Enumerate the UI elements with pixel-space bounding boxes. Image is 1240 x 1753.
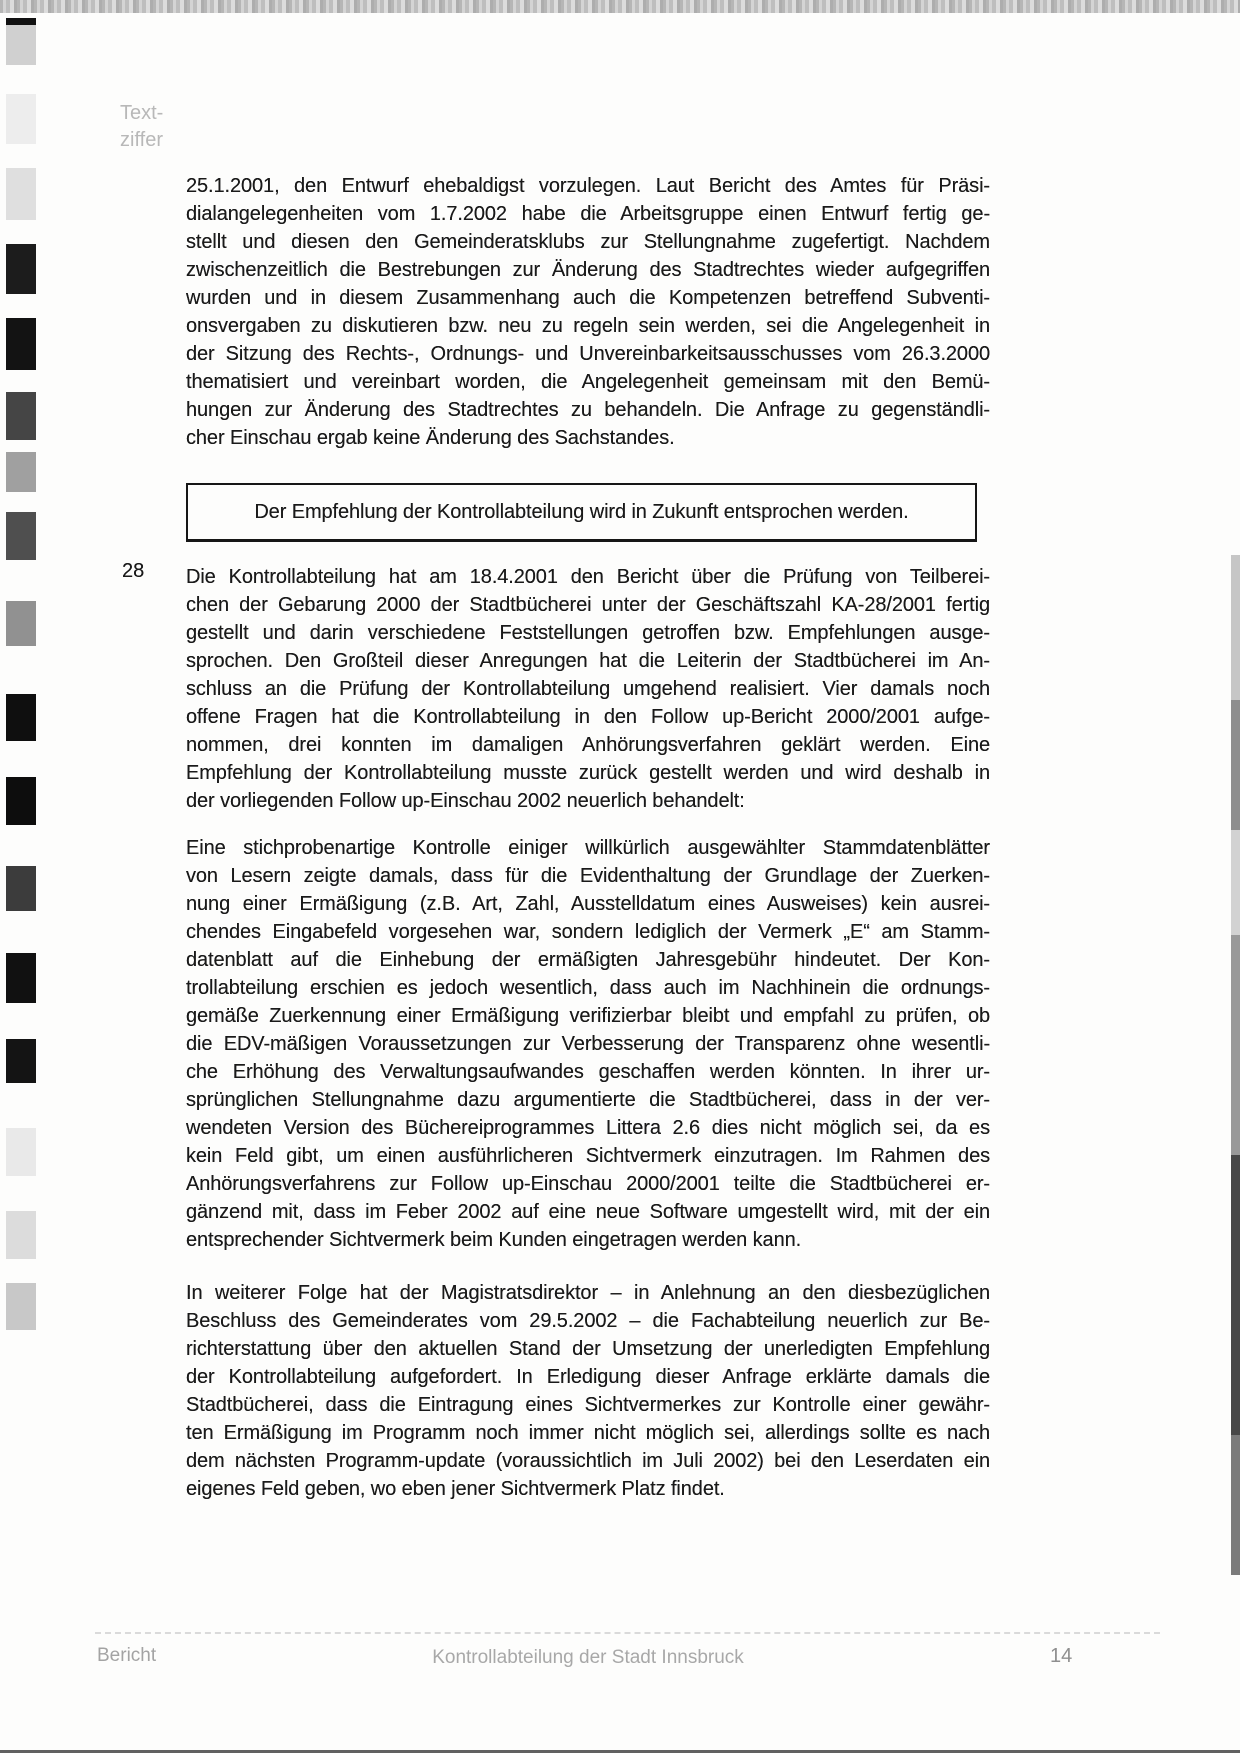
- text-line: kein Feld gibt, um einen ausführlicheren…: [186, 1142, 990, 1170]
- text-line: Anhörungsverfahrens zur Follow up-Einsch…: [186, 1170, 990, 1198]
- text-line: datenblatt auf die Einhebung der ermäßig…: [186, 946, 990, 974]
- recommendation-box: Der Empfehlung der Kontrollabteilung wir…: [186, 483, 977, 542]
- text-line: nommen, drei konnten im damaligen Anhöru…: [186, 731, 990, 759]
- binding-mark: [6, 244, 36, 294]
- binding-mark: [6, 1039, 36, 1083]
- footer-organization: Kontrollabteilung der Stadt Innsbruck: [186, 1647, 990, 1669]
- text-line: che Erhöhung des Verwaltungsaufwandes ge…: [186, 1058, 990, 1086]
- margin-heading-textziffer: Text- ziffer: [120, 100, 163, 154]
- scanned-report-page: Text- ziffer 25.1.2001, den Entwurf eheb…: [0, 0, 1240, 1753]
- edge-strip-segment: [1231, 1155, 1240, 1435]
- binding-mark: [6, 1211, 36, 1259]
- text-line: die EDV-mäßigen Voraussetzungen zur Verb…: [186, 1030, 990, 1058]
- edge-strip-segment: [1231, 830, 1240, 935]
- text-line: dialangelegenheiten vom 1.7.2002 habe di…: [186, 200, 990, 228]
- binding-mark: [6, 94, 36, 144]
- text-line: stellt und diesen den Gemeinderatsklubs …: [186, 228, 990, 256]
- margin-heading-line2: ziffer: [120, 127, 163, 154]
- text-line: thematisiert und vereinbart worden, die …: [186, 368, 990, 396]
- binding-mark: [6, 1283, 36, 1330]
- recommendation-text: Der Empfehlung der Kontrollabteilung wir…: [254, 501, 908, 524]
- footer-rule: [95, 1632, 1160, 1634]
- binding-mark: [6, 512, 36, 560]
- text-line: Stadtbücherei, dass die Eintragung eines…: [186, 1391, 990, 1419]
- text-line: der vorliegenden Follow up-Einschau 2002…: [186, 787, 990, 815]
- margin-heading-line1: Text-: [120, 100, 163, 127]
- text-line: onsvergaben zu diskutieren bzw. neu zu r…: [186, 312, 990, 340]
- edge-strip-segment: [1231, 700, 1240, 830]
- text-line: richterstattung über den aktuellen Stand…: [186, 1335, 990, 1363]
- binding-mark: [6, 953, 36, 1003]
- binding-mark: [6, 392, 36, 440]
- text-line: sprünglichen Stellungnahme dazu argument…: [186, 1086, 990, 1114]
- text-line: der Sitzung des Rechts-, Ordnungs- und U…: [186, 340, 990, 368]
- binding-mark: [6, 452, 36, 492]
- text-line: entsprechender Sichtvermerk beim Kunden …: [186, 1226, 990, 1254]
- text-line: schluss an die Prüfung der Kontrollabtei…: [186, 675, 990, 703]
- binding-mark: [6, 168, 36, 220]
- footer-document-type: Bericht: [97, 1645, 156, 1667]
- paragraph-intro: 25.1.2001, den Entwurf ehebaldigst vorzu…: [186, 172, 990, 452]
- binding-mark: [6, 1128, 36, 1176]
- text-line: wendeten Version des Büchereiprogrammes …: [186, 1114, 990, 1142]
- text-line: chen der Gebarung 2000 der Stadtbücherei…: [186, 591, 990, 619]
- text-line: eigenes Feld geben, wo eben jener Sichtv…: [186, 1475, 990, 1503]
- binding-marks: [0, 0, 40, 1753]
- text-line: gemäße Zuerkennung einer Ermäßigung veri…: [186, 1002, 990, 1030]
- text-line: offene Fragen hat die Kontrollabteilung …: [186, 703, 990, 731]
- text-line: wurden und in diesem Zusammenhang auch d…: [186, 284, 990, 312]
- text-line: ten Ermäßigung im Programm noch immer ni…: [186, 1419, 990, 1447]
- text-line: sprochen. Den Großteil dieser Anregungen…: [186, 647, 990, 675]
- text-line: hungen zur Änderung des Stadtrechtes zu …: [186, 396, 990, 424]
- paragraph-item28: Die Kontrollabteilung hat am 18.4.2001 d…: [186, 563, 990, 815]
- binding-mark: [6, 866, 36, 911]
- binding-mark: [6, 694, 36, 741]
- text-line: nung einer Ermäßigung (z.B. Art, Zahl, A…: [186, 890, 990, 918]
- text-line: Eine stichprobenartige Kontrolle einiger…: [186, 834, 990, 862]
- text-line: Die Kontrollabteilung hat am 18.4.2001 d…: [186, 563, 990, 591]
- text-line: 25.1.2001, den Entwurf ehebaldigst vorzu…: [186, 172, 990, 200]
- paragraph-followup: In weiterer Folge hat der Magistratsdire…: [186, 1279, 990, 1503]
- scan-top-band: [0, 0, 1240, 13]
- edge-strip-segment: [1231, 555, 1240, 700]
- text-line: dem nächsten Programm-update (voraussich…: [186, 1447, 990, 1475]
- text-line: gestellt und darin verschiedene Feststel…: [186, 619, 990, 647]
- text-line: cher Einschau ergab keine Änderung des S…: [186, 424, 990, 452]
- edge-strip-segment: [1231, 935, 1240, 1155]
- text-line: zwischenzeitlich die Bestrebungen zur Än…: [186, 256, 990, 284]
- text-line: Beschluss des Gemeinderates vom 29.5.200…: [186, 1307, 990, 1335]
- text-line: chendes Eingabefeld vorgesehen war, sond…: [186, 918, 990, 946]
- edge-strip-segment: [1231, 1435, 1240, 1575]
- paragraph-number: 28: [122, 560, 144, 583]
- text-line: trollabteilung erschien es jedoch wesent…: [186, 974, 990, 1002]
- binding-mark: [6, 777, 36, 825]
- paragraph-detail: Eine stichprobenartige Kontrolle einiger…: [186, 834, 990, 1254]
- binding-mark: [6, 318, 36, 370]
- footer-page-number: 14: [1050, 1645, 1072, 1668]
- text-line: gänzend mit, dass im Feber 2002 auf eine…: [186, 1198, 990, 1226]
- binding-mark: [6, 18, 36, 65]
- text-line: von Lesern zeigte damals, dass für die E…: [186, 862, 990, 890]
- text-line: der Kontrollabteilung aufgefordert. In E…: [186, 1363, 990, 1391]
- binding-mark: [6, 601, 36, 646]
- text-line: Empfehlung der Kontrollabteilung musste …: [186, 759, 990, 787]
- text-line: In weiterer Folge hat der Magistratsdire…: [186, 1279, 990, 1307]
